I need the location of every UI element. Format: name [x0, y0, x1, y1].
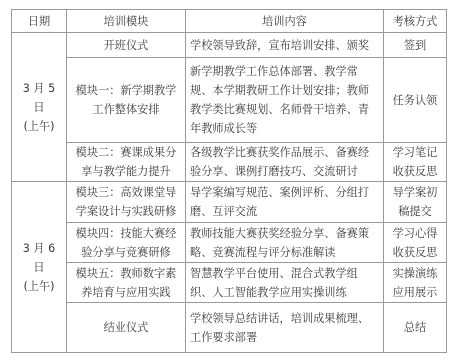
header-content: 培训内容: [186, 10, 384, 33]
assessment-cell: 导学案初稿提交: [384, 182, 447, 223]
assessment-cell: 实操演练应用展示: [384, 263, 447, 303]
content-cell: 智慧教学平台使用、混合式教学组织、人工智能教学应用实操训练: [186, 263, 384, 303]
date-period: (上午): [16, 117, 62, 136]
date-day: 3 月 5 日: [16, 79, 62, 117]
assessment-cell: 任务认领: [384, 58, 447, 143]
table-row: 模块四：技能大赛经验分享与竞赛研修 教师技能大赛获奖经验分享、备赛策略、竞赛流程…: [12, 223, 447, 263]
content-cell: 各级教学比赛获奖作品展示、备赛经验分享、课例打磨技巧、交流研讨: [186, 143, 384, 182]
module-cell: 模块五：教师数字素养培育与应用实践: [67, 263, 186, 303]
table-row: 模块五：教师数字素养培育与应用实践 智慧教学平台使用、混合式教学组织、人工智能教…: [12, 263, 447, 303]
date-period: (上午): [16, 277, 62, 296]
content-cell: 新学期教学工作总体部署、教学常规、本学期教研工作计划安排；教师教学类比赛规划、名…: [186, 58, 384, 143]
content-cell: 导学案编写规范、案例评析、分组打磨、互评交流: [186, 182, 384, 223]
date-cell: 3 月 6 日 (上午): [12, 182, 67, 353]
date-cell: 3 月 5 日 (上午): [12, 33, 67, 182]
header-date: 日期: [12, 10, 67, 33]
content-cell: 教师技能大赛获奖经验分享、备赛策略、竞赛流程与评分标准解读: [186, 223, 384, 263]
module-cell: 模块二：赛课成果分享与教学能力提升: [67, 143, 186, 182]
table-row: 结业仪式 学校领导总结讲话，培训成果梳理、工作要求部署 总结: [12, 303, 447, 353]
module-cell: 结业仪式: [67, 303, 186, 353]
header-module: 培训模块: [67, 10, 186, 33]
module-cell: 开班仪式: [67, 33, 186, 58]
training-schedule-table: 日期 培训模块 培训内容 考核方式 3 月 5 日 (上午) 开班仪式 学校领导…: [11, 9, 447, 353]
table-row: 模块二：赛课成果分享与教学能力提升 各级教学比赛获奖作品展示、备赛经验分享、课例…: [12, 143, 447, 182]
date-day: 3 月 6 日: [16, 239, 62, 277]
assessment-cell: 学习笔记收获反思: [384, 143, 447, 182]
assessment-cell: 签到: [384, 33, 447, 58]
table-row: 模块一：新学期教学工作整体安排 新学期教学工作总体部署、教学常规、本学期教研工作…: [12, 58, 447, 143]
table-row: 3 月 6 日 (上午) 模块三：高效课堂导学案设计与实践研修 导学案编写规范、…: [12, 182, 447, 223]
table-row: 3 月 5 日 (上午) 开班仪式 学校领导致辞，宣布培训安排、颁奖 签到: [12, 33, 447, 58]
content-cell: 学校领导总结讲话，培训成果梳理、工作要求部署: [186, 303, 384, 353]
module-cell: 模块一：新学期教学工作整体安排: [67, 58, 186, 143]
module-cell: 模块四：技能大赛经验分享与竞赛研修: [67, 223, 186, 263]
header-assessment: 考核方式: [384, 10, 447, 33]
module-cell: 模块三：高效课堂导学案设计与实践研修: [67, 182, 186, 223]
header-row: 日期 培训模块 培训内容 考核方式: [12, 10, 447, 33]
assessment-cell: 总结: [384, 303, 447, 353]
assessment-cell: 学习心得收获反思: [384, 223, 447, 263]
content-cell: 学校领导致辞，宣布培训安排、颁奖: [186, 33, 384, 58]
